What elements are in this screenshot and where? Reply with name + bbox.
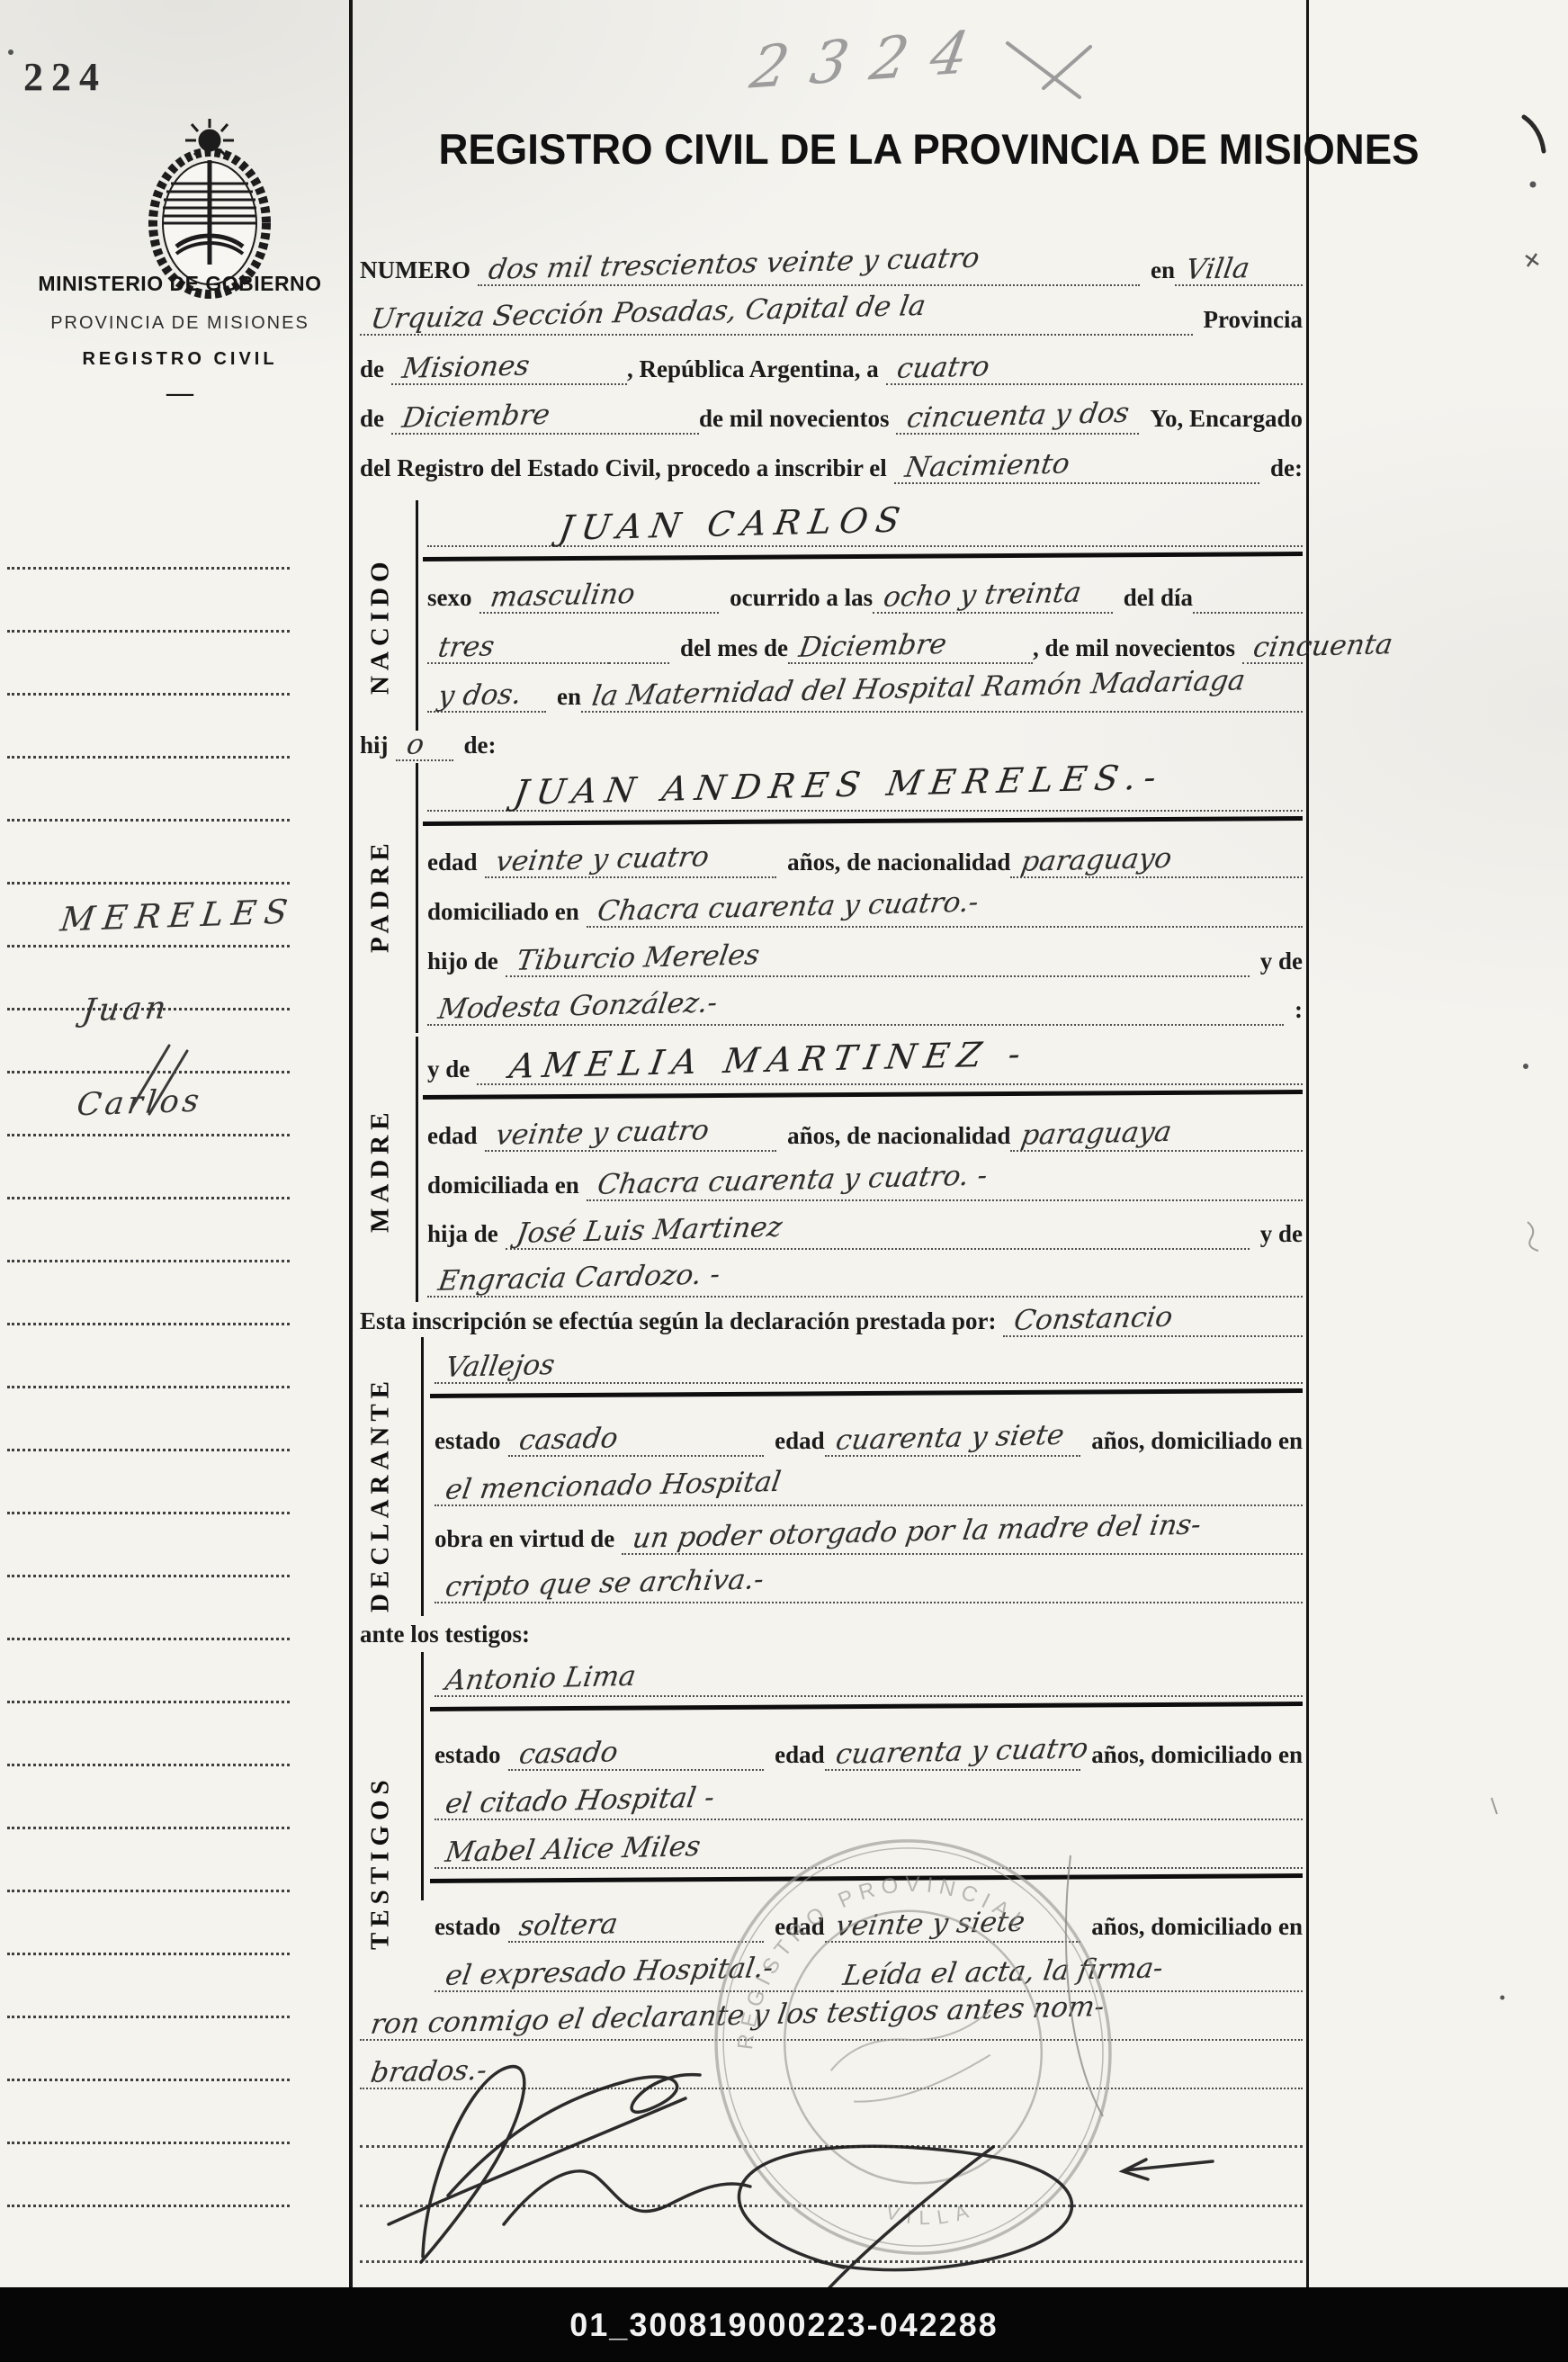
page-number: 224 [23,54,107,100]
document-title: REGISTRO CIVIL DE LA PROVINCIA DE MISION… [420,124,1437,174]
trailing-line [360,2145,1303,2148]
testigo1-edad-field: cuarenta y cuatro [825,1741,1081,1771]
nacido-mil-label: , de mil novecientos [1033,634,1242,664]
testigo1-nombre-field: Antonio Lima [435,1667,1303,1697]
lugar-value: la Maternidad del Hospital Ramón Madaria… [587,667,1250,711]
scan-artifact [1526,254,1538,266]
anio-value: cincuenta [1248,631,1398,662]
margin-ruled-line [7,1260,290,1262]
declarante-edad: cuarenta y siete [830,1422,1070,1455]
margin-ruled-line [7,882,290,885]
section-bracket-nacido [416,500,418,731]
row-place2: Urquiza Sección Posadas, Capital de la P… [360,294,1303,336]
section-bracket-padre [416,763,418,1033]
section-bracket-declarante [421,1337,424,1616]
declarante-obra2: cripto que se archiva.- [440,1566,769,1602]
madre-abuela-field: Engracia Cardozo. - [427,1268,1303,1298]
row-declarante-obra: obra en virtud de un poder otorgado por … [435,1513,1303,1555]
day-field: cuatro [886,355,1303,385]
margin-ruled-line [7,945,290,947]
letterhead-rule: — [16,378,344,409]
madre-abuelo: José Luis Martinez [511,1214,787,1248]
row-declaracion-intro: Esta inscripción se efectúa según la dec… [360,1296,1303,1337]
row-declarante-obra2: cripto que se archiva.- [435,1562,1303,1603]
row-declarante-dom: el mencionado Hospital [435,1465,1303,1506]
padre-nac-field: paraguayo [1010,849,1303,878]
padre-name-field: JUAN ANDRES MERELES.- [427,776,1303,812]
row-inscribir: del Registro del Estado Civil, procedo a… [360,443,1303,484]
padre-abuelo-field: Tiburcio Mereles [506,947,1250,977]
row-declarante-apellido: Vallejos [435,1343,1303,1384]
anio-cont-field: y dos. [427,683,546,713]
yo-label: Yo, Encargado [1139,405,1303,435]
padre-name-rule [423,816,1303,826]
row-nacido-fecha: tres del mes de Diciembre , de mil novec… [427,623,1303,664]
anio-cont: y dos. [433,681,527,711]
anio-field: cincuenta [1242,634,1303,664]
margin-ruled-line [7,756,290,759]
section-label-padre: PADRE [362,792,399,999]
madre-nac-field: paraguaya [1010,1122,1303,1152]
province-value: Misiones [397,352,535,383]
margin-arrow-mark [1123,2160,1213,2179]
cierre3: brados.- [365,2057,492,2088]
testigo1-dom: el citado Hospital - [440,1784,720,1819]
declarante-nombre2: Vallejos [440,1352,560,1382]
testigo2-rule [430,1873,1303,1883]
margin-ruled-line [7,1323,290,1325]
margin-ruled-line [7,1386,290,1388]
signature-declarante-stroke [421,2067,524,2262]
month-field: Diciembre [391,405,699,435]
day-value: cuatro [892,353,995,383]
scan-artifact [1528,1222,1538,1251]
row-provincia-de: de Misiones , República Argentina, a cua… [360,344,1303,385]
scan-artifact [1524,117,1544,151]
padre-abuela-field: Modesta González.- [427,996,1284,1026]
place1-field: Villa [1175,256,1303,286]
year-value: cincuenta y dos [901,400,1134,433]
margin-ruled-line [7,1197,290,1199]
declarante-edad-label: edad [764,1427,825,1457]
madre-dom-label: domiciliada en [427,1172,587,1201]
testigo1-nombre: Antonio Lima [440,1663,641,1695]
nacido-name-field: JUAN CARLOS [427,511,1303,547]
hijo-o-value: o [401,731,429,759]
mes-value: Diciembre [793,631,952,662]
pencil-stroke [1008,43,1090,97]
hora-field: ocho y treinta [873,584,1113,614]
testigo1-dom-label: años, domiciliado en [1080,1741,1303,1771]
declarante-estado-label: estado [435,1427,508,1457]
signature-witness-stroke [504,2171,750,2224]
signature-oval-slash [815,2147,993,2304]
margin-ruled-line [7,567,290,570]
numero-field: dos mil trescientos veinte y cuatro [478,256,1140,286]
dia-fill [609,662,669,664]
declarante-dom-field: el mencionado Hospital [435,1477,1303,1506]
testigo2-estado-field: soltera [508,1913,765,1943]
trailing-line [360,2205,1303,2207]
row-testigo2-nombre: Mabel Alice Miles [435,1828,1303,1869]
de2-label: de [360,405,391,435]
madre-hija-label: hija de [427,1220,506,1250]
section-bracket-madre [416,1037,418,1302]
cierre1: Leída el acta, la firma- [838,1954,1169,1990]
testigo2-estado: soltera [514,1910,623,1941]
de3-label: de: [1259,454,1303,484]
testigo1-rule [430,1702,1303,1711]
margin-ruled-line [7,2205,290,2207]
padre-nac-label: años, de nacionalidad [776,849,1010,878]
hij-label: hij [360,732,396,761]
declarante-obra-label: obra en virtud de [435,1525,622,1555]
madre-name: AMELIA MARTINEZ - [504,1037,1035,1083]
padre-yde-label: y de [1250,947,1303,977]
declarante-edad-field: cuarenta y siete [825,1427,1081,1457]
section-label-madre: MADRE [362,1057,399,1282]
testigo2-edad: veinte y siete [830,1908,1030,1941]
madre-edad-value: veinte y cuatro [490,1117,714,1150]
cierre2: ron conmigo el declarante y los testigos… [365,1993,1110,2039]
row-madre-hija: hija de José Luis Martinez y de [427,1208,1303,1250]
padre-dom-label: domiciliado en [427,898,587,928]
scan-artifact [1492,1798,1497,1814]
nacido-name: JUAN CARLOS [553,502,914,545]
declarante-obra: un poder otorgado por la madre del ins- [627,1511,1206,1553]
scan-code: 01_300819000223-042288 [569,2306,998,2344]
letterhead-province: PROVINCIA DE MISIONES [16,313,344,334]
margin-ruled-line [7,1134,290,1136]
margin-ruled-line [7,1764,290,1766]
padre-edad-field: veinte y cuatro [485,849,777,878]
declarante-rule [430,1388,1303,1398]
madre-yde-label: y de [427,1055,477,1085]
margin-surname: MERELES [58,892,298,939]
padre-abuela: Modesta González.- [433,989,722,1024]
padre-name: JUAN ANDRES MERELES.- [508,759,1170,810]
letterhead-office: REGISTRO CIVIL [16,349,344,370]
margin-ruled-line [7,1575,290,1577]
margin-given-name-1: Juan [80,990,171,1028]
trailing-line [360,2260,1303,2263]
margin-ruled-line [7,819,290,822]
numero-label: NUMERO [360,256,478,286]
letterhead-ministry: MINISTERIO DE GOBIERNO [16,272,344,296]
cierre2-field: ron conmigo el declarante y los testigos… [360,2011,1303,2041]
testigo1-dom-field: el citado Hospital - [435,1791,1303,1820]
cierre1-field: Leída el acta, la firma- [832,1962,1303,1992]
nacido-name-rule [423,552,1303,561]
testigo1-edad-label: edad [764,1741,825,1771]
scanned-birth-certificate: 224 2324 MINISTERIO DE GOBIERNO PROVI [0,0,1568,2362]
inscribir-label: del Registro del Estado Civil, procedo a… [360,454,894,484]
madre-name-rule [423,1090,1303,1100]
hora-value: ocho y treinta [878,579,1087,612]
mil-label: de mil novecientos [699,405,896,435]
padre-abuelo: Tiburcio Mereles [511,941,765,975]
padre-dom-value: Chacra cuarenta y cuatro.- [592,889,984,926]
declarante-obra2-field: cripto que se archiva.- [435,1574,1303,1603]
dia-blank [1193,612,1303,614]
testigo1-estado-label: estado [435,1741,508,1771]
declarante-dom: el mencionado Hospital [440,1468,786,1504]
section-label-nacido: NACIDO [362,517,399,733]
madre-abuelo-field: José Luis Martinez [506,1220,1250,1250]
lugar-field: la Maternidad del Hospital Ramón Madaria… [581,683,1303,713]
row-nacido-sexo: sexo masculino ocurrido a las ocho y tre… [427,572,1303,614]
testigo2-dom-field: el expresado Hospital.- [435,1962,832,1992]
declarante-obra-field: un poder otorgado por la madre del ins- [622,1525,1303,1555]
madre-yde2-label: y de [1250,1220,1303,1250]
row-testigo1-nombre: Antonio Lima [435,1656,1303,1697]
declarante-estado-field: casado [508,1427,765,1457]
row-nacido-lugar: y dos. en la Maternidad del Hospital Ram… [427,671,1303,713]
declarante-nombre2-field: Vallejos [435,1354,1303,1384]
madre-nac-label: años, de nacionalidad [776,1122,1010,1152]
row-padre-hijo: hijo de Tiburcio Mereles y de [427,936,1303,977]
margin-ruled-line [7,693,290,696]
declarante-nombre1: Constancio [1008,1304,1178,1335]
row-fecha: de Diciembre de mil novecientos cincuent… [360,393,1303,435]
madre-abuela: Engracia Cardozo. - [433,1261,726,1296]
mes-field: Diciembre [788,634,1033,664]
row-hijo-de: hij o de: [360,720,720,761]
nacido-en-label: en [546,683,581,713]
testigo1-estado-field: casado [508,1741,765,1771]
province-field: Misiones [391,355,627,385]
row-testigo1-dom: el citado Hospital - [435,1779,1303,1820]
row-declarante-estado: estado casado edad cuarenta y siete años… [435,1415,1303,1457]
padre-colon: : [1284,996,1303,1026]
margin-ruled-line [7,1827,290,1829]
margin-ruled-line [7,1512,290,1514]
provincia-label: Provincia [1193,306,1304,336]
declarante-dom-label: años, domiciliado en [1080,1427,1303,1457]
row-madre-name: y de AMELIA MARTINEZ - [427,1035,1303,1085]
stamp-ring-text-2: VILLA [878,2178,979,2245]
padre-nac-value: paraguayo [1016,845,1178,876]
madre-edad-label: edad [427,1122,485,1152]
declarante-estado: casado [514,1424,623,1455]
scan-code-bar: 01_300819000223-042288 [0,2287,1568,2362]
acto-value: Nacimiento [900,450,1075,482]
row-numero: NUMERO dos mil trescientos veinte y cuat… [360,245,1303,286]
row-testigo2-estado: estado soltera edad veinte y siete años,… [435,1901,1303,1943]
section-bracket-testigos [421,1652,424,1900]
year-field: cincuenta y dos [896,405,1139,435]
acto-field: Nacimiento [894,454,1259,484]
cierre3-field: brados.- [360,2060,605,2089]
testigo2-dom: el expresado Hospital.- [440,1954,778,1990]
testigo1-edad: cuarenta y cuatro [830,1735,1094,1769]
cierre3-fill [605,2088,1303,2089]
declaracion-intro-label: Esta inscripción se efectúa según la dec… [360,1307,1003,1337]
sexo-value: masculino [485,580,641,612]
madre-name-field: AMELIA MARTINEZ - [477,1049,1303,1085]
margin-ruled-line [7,630,290,633]
declarante-nombre1-field: Constancio [1003,1307,1303,1337]
signature-declarante-stroke [448,2075,700,2196]
row-padre-abuela: Modesta González.- : [427,984,1303,1026]
place2-field: Urquiza Sección Posadas, Capital de la [360,306,1193,336]
row-cierre2: ron conmigo el declarante y los testigos… [360,1999,1303,2041]
madre-dom-field: Chacra cuarenta y cuatro. - [587,1172,1303,1201]
margin-given-name-2: Carlos [75,1083,204,1124]
republica-label: , República Argentina, a [627,355,886,385]
row-padre-edad: edad veinte y cuatro años, de nacionalid… [427,837,1303,878]
padre-dom-field: Chacra cuarenta y cuatro.- [587,898,1303,928]
ante-testigos-label: ante los testigos: [360,1621,537,1650]
row-padre-name: JUAN ANDRES MERELES.- [427,761,1303,812]
madre-edad-field: veinte y cuatro [485,1122,777,1152]
margin-ruled-line [7,1890,290,1892]
padre-edad-value: veinte y cuatro [490,843,714,876]
hijo-o-field: o [396,732,453,761]
section-label-declarante: DECLARANTE [362,1345,399,1642]
row-madre-dom: domiciliada en Chacra cuarenta y cuatro.… [427,1160,1303,1201]
pencil-act-number: 2324 [746,18,997,103]
svg-text:VILLA: VILLA [878,2178,979,2245]
row-ante-testigos: ante los testigos: [360,1609,810,1650]
row-madre-abuela: Engracia Cardozo. - [427,1256,1303,1298]
numero-value: dos mil trescientos veinte y cuatro [483,245,985,284]
place2-value: Urquiza Sección Posadas, Capital de la [365,292,931,334]
row-testigo1-estado: estado casado edad cuarenta y cuatro año… [435,1729,1303,1771]
margin-ruled-line [7,1953,290,1955]
right-column-rule [1306,0,1309,2287]
en-label: en [1140,256,1175,286]
ocurrido-label: ocurrido a las [719,584,873,614]
padre-edad-label: edad [427,849,485,878]
sexo-field: masculino [479,584,720,614]
dia-value: tres [433,633,500,662]
margin-ruled-line [7,1701,290,1703]
dia-label: del día [1113,584,1193,614]
row-padre-dom: domiciliado en Chacra cuarenta y cuatro.… [427,886,1303,928]
margin-ruled-line [7,2142,290,2144]
sexo-label: sexo [427,584,479,614]
left-column-rule [349,0,353,2287]
testigo2-dom-label: años, domiciliado en [1080,1913,1303,1943]
signature-oval-stroke [739,2146,1071,2269]
testigo2-nombre-field: Mabel Alice Miles [435,1839,1303,1869]
padre-hijo-label: hijo de [427,947,506,977]
row-madre-edad: edad veinte y cuatro años, de nacionalid… [427,1110,1303,1152]
section-label-testigos: TESTIGOS [362,1714,399,2011]
testigo2-edad-label: edad [764,1913,825,1943]
row-nacido-name: JUAN CARLOS [427,497,1303,547]
de-label: de [360,355,391,385]
testigo2-estado-label: estado [435,1913,508,1943]
madre-nac-value: paraguaya [1016,1118,1177,1150]
dia-field: tres [427,634,609,664]
mes-label: del mes de [669,634,788,664]
margin-ruled-line [7,1449,290,1451]
testigo2-edad-field: veinte y siete [825,1913,1081,1943]
margin-ruled-line [7,1071,290,1073]
place1-value: Villa [1180,255,1255,284]
row-cierre3: brados.- [360,2048,1303,2089]
hijo-de-label: de: [453,732,497,761]
margin-ruled-line [7,2079,290,2081]
margin-ruled-line [7,2016,290,2018]
madre-dom-value: Chacra cuarenta y cuatro. - [592,1162,993,1199]
testigo2-nombre: Mabel Alice Miles [440,1833,706,1867]
margin-ruled-line [7,1638,290,1640]
month-value: Diciembre [397,401,555,433]
row-testigo2-dom: el expresado Hospital.- Leída el acta, l… [435,1951,1303,1992]
testigo1-estado: casado [514,1738,623,1769]
